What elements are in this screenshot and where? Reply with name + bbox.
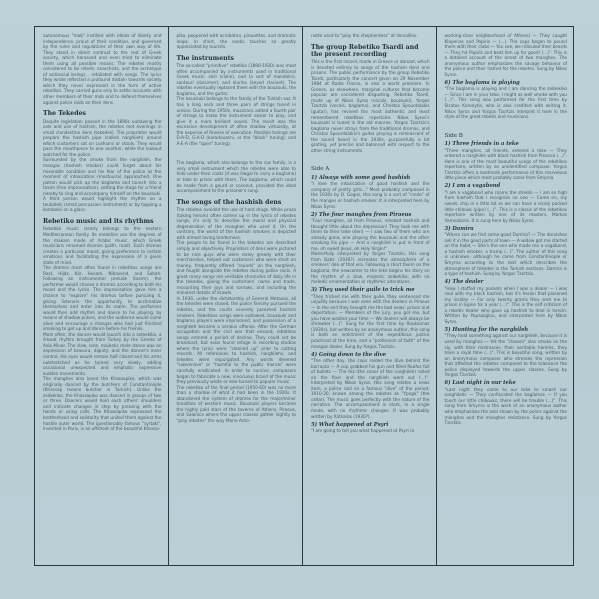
paragraph: The bouzouki belongs to the family of th…: [177, 97, 297, 147]
paragraph: "Three manghes, all friends, entered a t…: [445, 149, 567, 182]
paragraph: The rebetes avoided the use of hard drug…: [177, 208, 297, 241]
paragraph: Surrounded by the smoke from the narghil…: [43, 158, 162, 213]
paragraph: The manghes also loved the Khassapiko, w…: [43, 377, 162, 432]
track-title: 3) Damira: [445, 226, 567, 233]
paragraph: The dromos most often found in rebetikos…: [43, 266, 162, 333]
track-title: 2) The four manghes from Piraeus: [311, 212, 430, 219]
section-heading: The Tekedes: [43, 110, 162, 117]
track-title: 6) The baglama is playing: [445, 80, 567, 87]
paragraph: "Where can we find some good Damira? — T…: [445, 233, 567, 277]
paragraph: working-class neighborhood of Athens) — …: [445, 34, 567, 78]
paragraph: autonomous "mob" instilled with ideals o…: [43, 34, 162, 106]
paragraph: Masterfully interpreted by Yorgos Tzortz…: [311, 252, 430, 285]
paragraph: "I love the intoxication of good hashish…: [311, 182, 430, 210]
liner-notes-frame: autonomous "mob" instilled with ideals o…: [34, 26, 574, 566]
track-title: 1) Always with some good hashish: [311, 175, 430, 182]
paragraph: "Last night they came to our teke to sma…: [445, 388, 567, 427]
spacer: [445, 121, 567, 127]
column-4: working-class neighborhood of Athens) — …: [437, 27, 573, 565]
section-heading: The songs of the hashish dens: [177, 199, 297, 206]
paragraph: "The other day, the cops raided the dive…: [311, 359, 430, 420]
section-heading: The group Rebetiko Tsardi and the presen…: [311, 44, 430, 58]
column-2: piko, peppered with acrobatics, pirouett…: [169, 27, 304, 565]
section-heading: Rebetiko music and its rhythms: [43, 218, 162, 225]
paragraph: The rebetiko of the final period (1950-6…: [177, 386, 297, 425]
column-3: nette used to "play the shepherdess" at …: [303, 27, 437, 565]
spacer: [177, 147, 297, 161]
paragraph: "The baglama is playing and I am dancing…: [445, 87, 567, 120]
paragraph: Rebetiko music clearly belongs to the ea…: [43, 227, 162, 266]
record-sleeve-page: autonomous "mob" instilled with ideals o…: [0, 0, 599, 599]
paragraph: This is the first record, made in Greece…: [311, 60, 430, 154]
paragraph: The people to be found in the tekedes ar…: [177, 241, 297, 296]
track-title: 6) Last night in our teke: [445, 380, 567, 387]
side-label: Side B: [445, 133, 567, 140]
paragraph: The baglama, which also belongs to the s…: [177, 161, 297, 194]
paragraph: The so-called "primitive" rebetiko (1890…: [177, 64, 297, 97]
track-title: 2) I am a vagabond: [445, 183, 567, 190]
paragraph: "How I stuffed my pockets when I was a d…: [445, 287, 567, 326]
paragraph: nette used to "play the shepherdess" at …: [311, 34, 430, 40]
paragraph: Most often, the dancer would launch into…: [43, 333, 162, 377]
side-label: Side A: [311, 166, 430, 173]
paragraph: "I am a vagabond who roams the streets —…: [445, 191, 567, 224]
track-title: 3) They used their guile to trick me: [311, 287, 430, 294]
track-title: 4) Going down to the dive: [311, 352, 430, 359]
paragraph: piko, peppered with acrobatics, pirouett…: [177, 34, 297, 51]
track-title: 5) Hunting for the narghileh: [445, 327, 567, 334]
paragraph: "They tricked me with their guile, they …: [311, 295, 430, 350]
paragraph: In 1936, under the dictatorship of Gener…: [177, 297, 297, 386]
paragraph: "Four manghes, all from Piraeus, smoked …: [311, 219, 430, 252]
paragraph: "They hold something against our narghil…: [445, 334, 567, 378]
track-title: 1) Three friends in a teke: [445, 141, 567, 148]
spacer: [311, 154, 430, 160]
track-title: 4) The dealer: [445, 279, 567, 286]
track-title: 5) What happened at Psyri: [311, 422, 430, 429]
paragraph: Despite legislation passed in the 1890s …: [43, 120, 162, 159]
column-1: autonomous "mob" instilled with ideals o…: [35, 27, 169, 565]
paragraph: "I am going to tell you what happened at…: [311, 429, 430, 435]
section-heading: The instruments: [177, 55, 297, 62]
